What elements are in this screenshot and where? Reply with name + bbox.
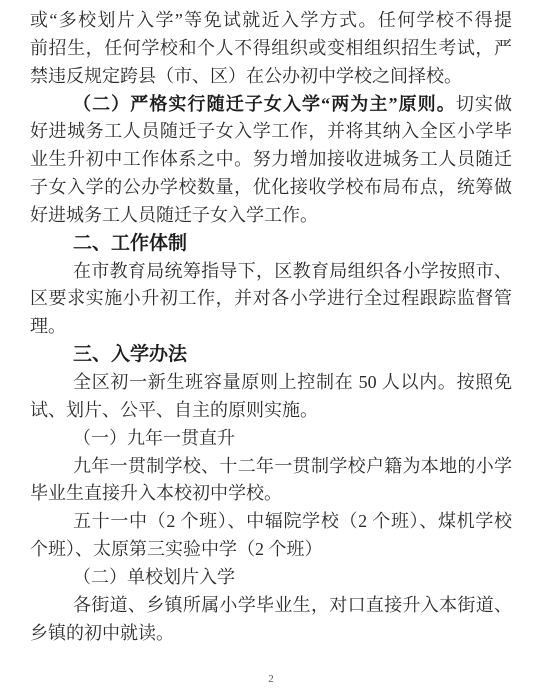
text-segment: 切实做	[456, 94, 512, 114]
text-segment: 九年一贯制学校、十二年一贯制学校户籍为本地的小学	[73, 456, 512, 476]
text-line: 理。	[30, 313, 512, 341]
text-line: 在市教育局统筹指导下，区教育局组织各小学按照市、	[30, 258, 512, 286]
emphasis-text: 三、入学办法	[73, 344, 187, 365]
text-line: 业生升初中工作体系之中。努力增加接收进城务工人员随迁	[30, 146, 512, 174]
text-segment: 在市教育局统筹指导下，区教育局组织各小学按照市、	[73, 261, 512, 281]
text-line: （二）单校划片入学	[30, 564, 512, 592]
text-segment: 好进城务工人员随迁子女入学工作，并将其纳入全区小学毕	[30, 121, 512, 141]
text-line: （一）九年一贯直升	[30, 425, 512, 453]
text-segment: 乡镇的初中就读。	[30, 623, 174, 643]
emphasis-text: （二）严格实行随迁子女入学“两为主”原则。	[73, 94, 456, 114]
text-segment: 个班）、太原第三实验中学（2 个班）	[30, 539, 323, 559]
text-line: 各街道、乡镇所属小学毕业生，对口直接升入本街道、	[30, 592, 512, 620]
text-line: 好进城务工人员随迁子女入学工作。	[30, 202, 512, 230]
text-segment: 五十一中（2 个班）、中辐院学校（2 个班）、煤机学校（1	[73, 511, 512, 536]
text-line: 子女入学的公办学校数量，优化接收学校布局布点，统筹做	[30, 174, 512, 202]
page-number: 2	[268, 673, 274, 685]
text-line: 试、划片、公平、自主的原则实施。	[30, 397, 512, 425]
text-line: 毕业生直接升入本校初中学校。	[30, 480, 512, 508]
text-line: 五十一中（2 个班）、中辐院学校（2 个班）、煤机学校（1	[30, 508, 512, 536]
text-line: 区要求实施小升初工作，并对各小学进行全过程跟踪监督管	[30, 285, 512, 313]
emphasis-text: 二、工作体制	[73, 233, 187, 254]
text-line: 全区初一新生班容量原则上控制在 50 人以内。按照免	[30, 369, 512, 397]
text-segment: 禁违反规定跨县（市、区）在公办初中学校之间择校。	[30, 66, 462, 86]
text-segment: 或“多校划片入学”等免试就近入学方式。任何学校不得提	[30, 10, 512, 30]
text-line: 个班）、太原第三实验中学（2 个班）	[30, 536, 512, 564]
section-heading: 二、工作体制	[30, 230, 512, 258]
text-line: （二）严格实行随迁子女入学“两为主”原则。切实做	[30, 91, 512, 119]
text-line: 九年一贯制学校、十二年一贯制学校户籍为本地的小学	[30, 453, 512, 481]
text-segment: 试、划片、公平、自主的原则实施。	[30, 400, 318, 420]
text-segment: 好进城务工人员随迁子女入学工作。	[30, 205, 318, 225]
text-segment: 各街道、乡镇所属小学毕业生，对口直接升入本街道、	[73, 595, 512, 615]
text-segment: 全区初一新生班容量原则上控制在 50 人以内。按照免	[73, 372, 512, 392]
text-segment: 子女入学的公办学校数量，优化接收学校布局布点，统筹做	[30, 177, 512, 197]
document-text: 或“多校划片入学”等免试就近入学方式。任何学校不得提前招生，任何学校和个人不得组…	[30, 7, 512, 647]
text-line: 禁违反规定跨县（市、区）在公办初中学校之间择校。	[30, 63, 512, 91]
text-segment: 前招生，任何学校和个人不得组织或变相组织招生考试，严	[30, 38, 512, 58]
text-segment: 区要求实施小升初工作，并对各小学进行全过程跟踪监督管	[30, 288, 512, 308]
document-page: 或“多校划片入学”等免试就近入学方式。任何学校不得提前招生，任何学校和个人不得组…	[0, 0, 542, 699]
text-line: 或“多校划片入学”等免试就近入学方式。任何学校不得提	[30, 7, 512, 35]
text-segment: （一）九年一贯直升	[73, 428, 235, 448]
section-heading: 三、入学办法	[30, 341, 512, 369]
text-segment: 业生升初中工作体系之中。努力增加接收进城务工人员随迁	[30, 149, 512, 169]
text-segment: 毕业生直接升入本校初中学校。	[30, 483, 282, 503]
page-footer: 2	[0, 669, 542, 687]
text-line: 前招生，任何学校和个人不得组织或变相组织招生考试，严	[30, 35, 512, 63]
text-segment: （二）单校划片入学	[73, 567, 235, 587]
text-line: 乡镇的初中就读。	[30, 620, 512, 648]
text-line: 好进城务工人员随迁子女入学工作，并将其纳入全区小学毕	[30, 118, 512, 146]
text-segment: 理。	[30, 316, 66, 336]
